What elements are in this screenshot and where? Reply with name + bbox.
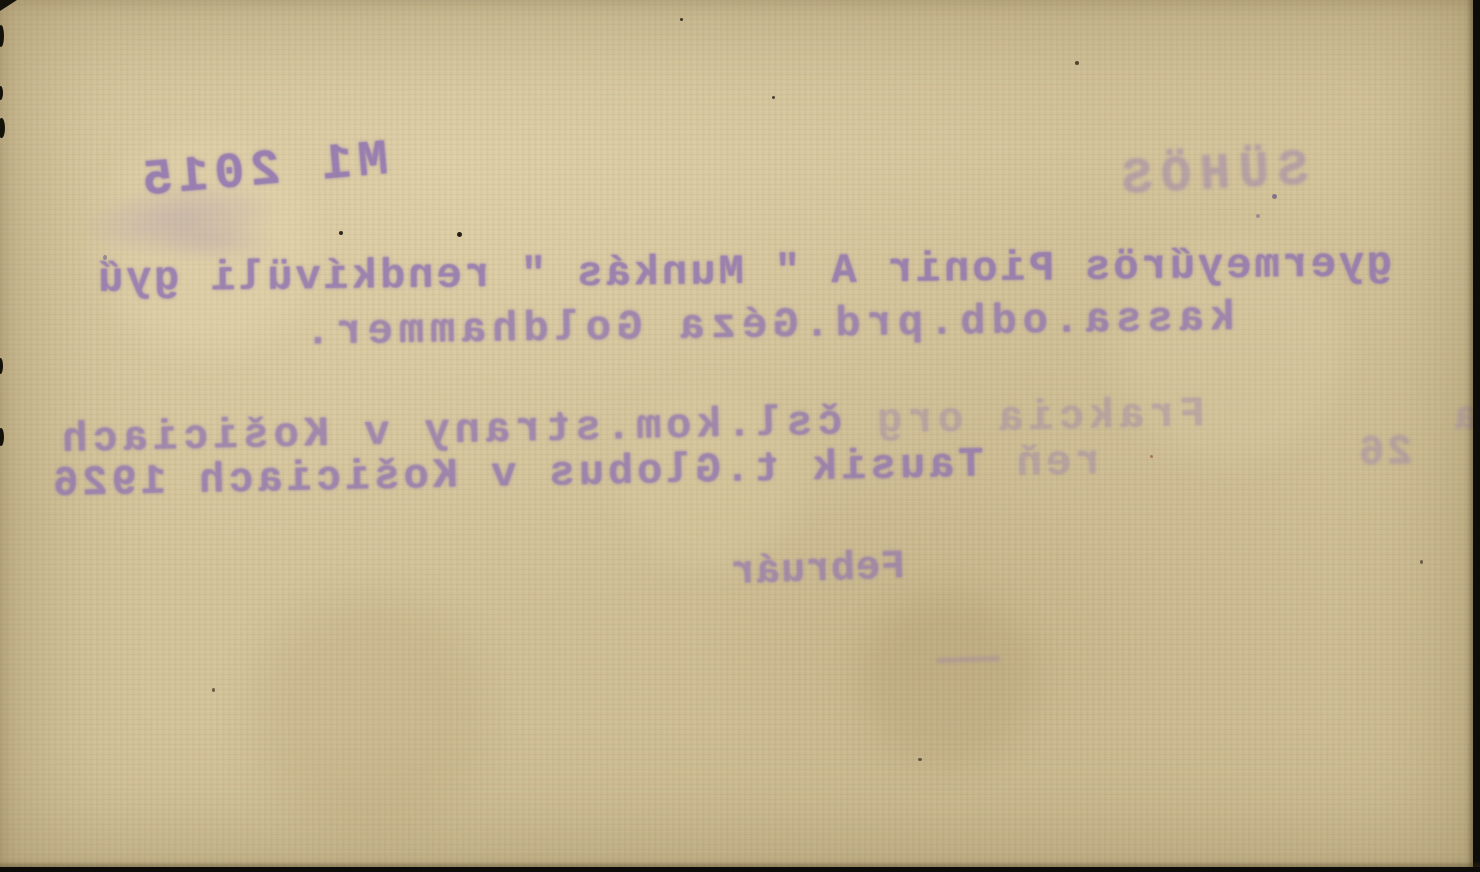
bleedthrough-line-february-text: Február	[729, 545, 905, 596]
bottom-scan-edge	[0, 867, 1480, 872]
paper-speck	[1420, 560, 1423, 564]
paper-speck	[1075, 61, 1079, 65]
paper-speck	[772, 96, 775, 99]
line-tausik-faint-part: reň	[983, 438, 1101, 488]
header-name-stamp: SÜHÖS	[1112, 142, 1310, 209]
line-frakcia-faint-part: Frakcia org	[842, 390, 1205, 446]
ink-fragment-26-text: 26	[1355, 428, 1412, 477]
paper-speck	[1150, 455, 1153, 458]
right-scan-edge	[1473, 0, 1480, 872]
ink-fragment-26: 26	[1355, 428, 1412, 477]
right-edge-shadow	[1466, 0, 1473, 872]
top-left-corner-artifact	[0, 0, 17, 11]
paper-speck	[457, 232, 462, 237]
paper-speck	[680, 18, 683, 21]
ink-speck	[1272, 194, 1277, 199]
archival-card-verso: M1 2015 SÜHÖS gyermeyűrös Pionir A " Mun…	[0, 0, 1480, 872]
ink-speck	[103, 255, 107, 260]
paper-speck	[212, 688, 215, 692]
paper-speck	[918, 758, 922, 761]
ink-speck	[1256, 214, 1260, 218]
bleedthrough-line-february: Február	[729, 545, 905, 596]
header-name-text: SÜHÖS	[1112, 142, 1310, 209]
paper-speck	[339, 231, 343, 235]
